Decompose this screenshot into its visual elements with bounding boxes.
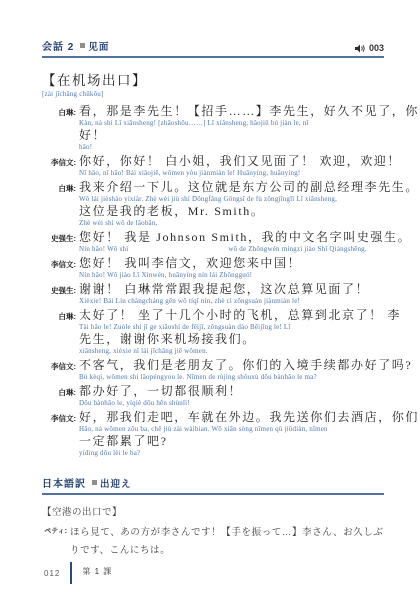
conversation-section-label: 会話 2 [42, 38, 74, 53]
speaker-label: 李信文: [42, 359, 79, 383]
chinese-line: 谢谢！ 白琳常常跟我提起您，这次总算见面了！ [79, 283, 384, 296]
japanese-section-label: 日本語訳 [42, 475, 86, 490]
chinese-line: 先生，谢谢你来机场接我们。 [79, 333, 384, 346]
pinyin-line: Xièxie! Bái Lín chángcháng gēn wǒ tíqǐ n… [79, 297, 384, 305]
dialogue-turn-body: 我来介绍一下儿。这位就是东方公司的副总经理李先生。Wǒ lái jièshào … [79, 181, 384, 229]
chinese-line: 太好了！ 坐了十几个小时的飞机，总算到北京了！ 李 [79, 309, 384, 322]
dialogue-turn-body: 您好！ 我叫李信文，欢迎您来中国！Nín hǎo! Wǒ jiào Lǐ Xìn… [79, 257, 384, 281]
page-number: 012 [44, 569, 60, 578]
pinyin-segment: Wǒ lái jièshào yíxiàr. Zhè wèi jiù shì D… [79, 195, 337, 203]
pinyin-segment: yídìng dōu lèi le ba? [79, 449, 140, 457]
speaker-label: 史强生: [42, 231, 79, 255]
pinyin-line: Nǐ hǎo, nǐ hǎo! Bái xiǎojiě, wǒmen yòu j… [79, 169, 384, 177]
square-bullet-icon [80, 43, 85, 48]
textbook-page: 会話 2 见面 003 【在机场出口】 [zài jīchǎng chūkǒu] [0, 0, 420, 596]
dialogue-turn: 李信文:不客气，我们是老朋友了。你们的入境手续都办好了吗?Bú kèqi, wǒ… [42, 359, 384, 383]
square-bullet-icon [92, 480, 97, 485]
speaker-label: 白琳: [42, 181, 79, 229]
chinese-line: 我来介绍一下儿。这位就是东方公司的副总经理李先生。 [79, 181, 384, 194]
chinese-line: 看，那是李先生！【招手……】李先生，好久不见了，你 [79, 105, 384, 118]
scene-title: 【在机场出口】 [42, 69, 384, 89]
pinyin-segment: Hǎo, nà wǒmen zǒu ba, chē jiù zài wàibia… [79, 425, 328, 433]
dialogue-turn-body: 看，那是李先生！【招手……】李先生，好久不见了，你Kàn, nà shì Lǐ … [79, 105, 384, 153]
pinyin-line: Nín hǎo! Wǒ shìwǒ de Zhōngwén míngzi jià… [79, 245, 384, 253]
dialogue-turn: 史强生:您好！ 我是 Johnson Smith，我的中文名字叫史强生。Nín … [42, 231, 384, 255]
speaker-label: 史强生: [42, 283, 79, 307]
japanese-speaker-label: ペティ: [42, 524, 70, 560]
scene-title-pinyin: [zài jīchǎng chūkǒu] [42, 90, 384, 98]
speaker-label: 白琳: [42, 105, 79, 153]
dialogue-turn: 白琳:看，那是李先生！【招手……】李先生，好久不见了，你Kàn, nà shì … [42, 105, 384, 153]
japanese-dialogue-list: ペティ:ほら見て、あの方が李さんです！【手を振って…】李さん、お久しぶりです、こ… [42, 524, 384, 560]
japanese-dialogue-turn: ペティ:ほら見て、あの方が李さんです！【手を振って…】李さん、お久しぶりです、こ… [42, 524, 384, 560]
dialogue-turn-body: 都办好了，一切都很顺利！Dōu bànhǎo le, yíqiè dōu hěn… [79, 385, 384, 409]
speaker-label: 白琳: [42, 309, 79, 357]
page-footer: 012 第 1 課 [44, 562, 112, 584]
chinese-line: 不客气，我们是老朋友了。你们的入境手续都办好了吗? [79, 359, 384, 372]
dialogue-turn-body: 太好了！ 坐了十几个小时的飞机，总算到北京了！ 李Tài hǎo le! Zuò… [79, 309, 384, 357]
speaker-label: 李信文: [42, 257, 79, 281]
pinyin-segment: Zhè wèi shì wǒ de lǎobǎn, [79, 219, 157, 227]
dialogue-turn: 史强生:谢谢！ 白琳常常跟我提起您，这次总算见面了！Xièxie! Bái Lí… [42, 283, 384, 307]
dialogue-turn: 李信文:好，那我们走吧，车就在外边。我先送你们去酒店，你们Hǎo, nà wǒm… [42, 411, 384, 459]
chinese-line: 都办好了，一切都很顺利！ [79, 385, 384, 398]
pinyin-line: yídìng dōu lèi le ba? [79, 449, 384, 457]
dialogue-turn: 白琳:都办好了，一切都很顺利！Dōu bànhǎo le, yíqiè dōu … [42, 385, 384, 409]
pinyin-segment: xiānsheng, xièxie nǐ lái jīchǎng jiē wǒm… [79, 347, 208, 355]
pinyin-segment: Nǐ hǎo, nǐ hǎo! Bái xiǎojiě, wǒmen yòu j… [79, 169, 300, 177]
pinyin-line: xiānsheng, xièxie nǐ lái jīchǎng jiē wǒm… [79, 347, 384, 355]
japanese-text-line: ほら見て、あの方が李さんです！【手を振って…】李さん、お久しぶりです、こんにちは… [70, 524, 384, 560]
speaker-label: 李信文: [42, 155, 79, 179]
pinyin-line: Tài hǎo le! Zuòle shí jǐ ge xiǎoshí de f… [79, 323, 384, 331]
audio-track-indicator: 003 [355, 43, 384, 53]
dialogue-turn-body: 你好，你好！ 白小姐，我们又见面了！ 欢迎，欢迎！Nǐ hǎo, nǐ hǎo!… [79, 155, 384, 179]
pinyin-segment: Kàn, nà shì Lǐ xiānsheng! [zhāoshǒu……] L… [79, 119, 309, 127]
pinyin-segment: Dōu bànhǎo le, yíqiè dōu hěn shùnlì! [79, 399, 190, 407]
pinyin-segment: hǎo! [79, 143, 92, 151]
speaker-icon [355, 44, 366, 53]
dialogue-turn-body: 您好！ 我是 Johnson Smith，我的中文名字叫史强生。Nín hǎo!… [79, 231, 384, 255]
footer-divider [70, 562, 72, 584]
pinyin-segment: Xièxie! Bái Lín chángcháng gēn wǒ tíqǐ n… [79, 297, 300, 305]
chinese-line: 您好！ 我叫李信文，欢迎您来中国！ [79, 257, 384, 270]
chinese-line: 你好，你好！ 白小姐，我们又见面了！ 欢迎，欢迎！ [79, 155, 384, 168]
audio-track-number: 003 [369, 43, 384, 53]
pinyin-line: Zhè wèi shì wǒ de lǎobǎn, [79, 219, 384, 227]
pinyin-line: Nín hǎo! Wǒ jiào Lǐ Xìnwén, huānyíng nín… [79, 271, 384, 279]
pinyin-line: Kàn, nà shì Lǐ xiānsheng! [zhāoshǒu……] L… [79, 119, 384, 127]
dialogue-list: 白琳:看，那是李先生！【招手……】李先生，好久不见了，你Kàn, nà shì … [42, 105, 384, 459]
dialogue-turn-body: 不客气，我们是老朋友了。你们的入境手续都办好了吗?Bú kèqi, wǒmen … [79, 359, 384, 383]
speaker-label: 李信文: [42, 411, 79, 459]
dialogue-turn-body: 好，那我们走吧，车就在外边。我先送你们去酒店，你们Hǎo, nà wǒmen z… [79, 411, 384, 459]
chinese-line: 一定都累了吧? [79, 435, 384, 448]
dialogue-turn: 白琳:太好了！ 坐了十几个小时的飞机，总算到北京了！ 李Tài hǎo le! … [42, 309, 384, 357]
pinyin-segment: wǒ de Zhōngwén míngzi jiào Shǐ Qiángshēn… [228, 245, 366, 253]
pinyin-segment: Bú kèqi, wǒmen shì lǎopéngyou le. Nǐmen … [79, 373, 317, 381]
chinese-line: 您好！ 我是 Johnson Smith，我的中文名字叫史强生。 [79, 231, 384, 244]
pinyin-segment: Nín hǎo! Wǒ jiào Lǐ Xìnwén, huānyíng nín… [79, 271, 252, 279]
conversation-topic: 见面 [88, 39, 109, 53]
japanese-topic: 出迎え [100, 476, 132, 490]
pinyin-line: hǎo! [79, 143, 384, 151]
pinyin-segment: Tài hǎo le! Zuòle shí jǐ ge xiǎoshí de f… [79, 323, 291, 331]
japanese-scene-title: 【空港の出口で】 [42, 504, 384, 518]
pinyin-line: Bú kèqi, wǒmen shì lǎopéngyou le. Nǐmen … [79, 373, 384, 381]
speaker-label: 白琳: [42, 385, 79, 409]
dialogue-turn: 李信文:你好，你好！ 白小姐，我们又见面了！ 欢迎，欢迎！Nǐ hǎo, nǐ … [42, 155, 384, 179]
conversation-header: 会話 2 见面 003 [42, 38, 384, 58]
dialogue-turn-body: 谢谢！ 白琳常常跟我提起您，这次总算见面了！Xièxie! Bái Lín ch… [79, 283, 384, 307]
japanese-translation-header: 日本語訳 出迎え [42, 475, 384, 495]
pinyin-line: Dōu bànhǎo le, yíqiè dōu hěn shùnlì! [79, 399, 384, 407]
pinyin-line: Wǒ lái jièshào yíxiàr. Zhè wèi jiù shì D… [79, 195, 384, 203]
dialogue-turn: 白琳:我来介绍一下儿。这位就是东方公司的副总经理李先生。Wǒ lái jièsh… [42, 181, 384, 229]
chinese-line: 好！ [79, 129, 384, 142]
chapter-label: 第 1 課 [82, 562, 112, 577]
pinyin-segment: Nín hǎo! Wǒ shì [79, 245, 128, 253]
chinese-line: 好，那我们走吧，车就在外边。我先送你们去酒店，你们 [79, 411, 384, 424]
dialogue-turn: 李信文:您好！ 我叫李信文，欢迎您来中国！Nín hǎo! Wǒ jiào Lǐ… [42, 257, 384, 281]
pinyin-line: Hǎo, nà wǒmen zǒu ba, chē jiù zài wàibia… [79, 425, 384, 433]
chinese-line: 这位是我的老板，Mr. Smith。 [79, 205, 384, 218]
